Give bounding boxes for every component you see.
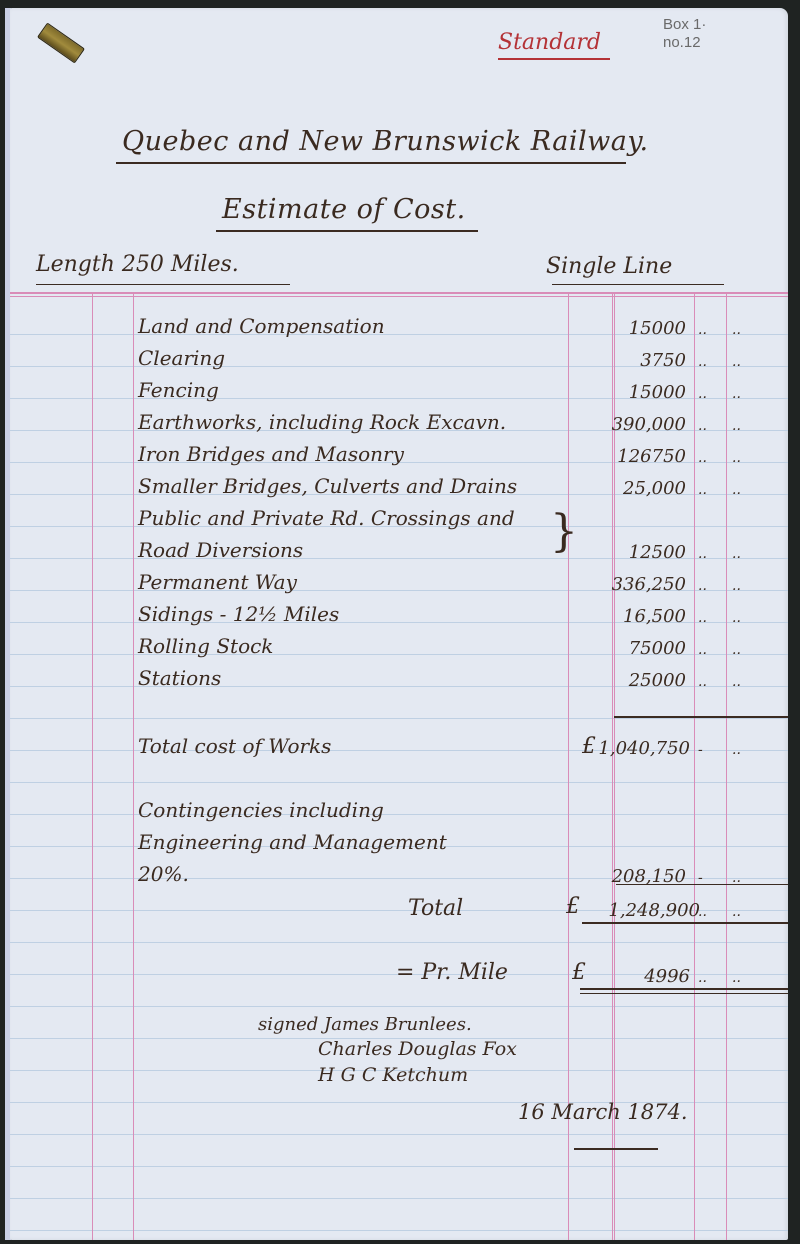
contingency-label: Contingencies including	[138, 798, 384, 822]
item-amount: 15000	[576, 318, 686, 339]
item-label: Smaller Bridges, Culverts and Drains	[138, 474, 517, 498]
column-line	[726, 294, 727, 1240]
item-amount: 336,250	[576, 574, 686, 595]
item-amount: 126750	[576, 446, 686, 467]
item-amount: 12500	[576, 542, 686, 563]
item-label: Road Diversions	[138, 538, 303, 562]
document-title: Quebec and New Brunswick Railway.	[122, 126, 649, 157]
subtotal-rule	[614, 716, 788, 718]
column-line	[92, 294, 93, 1240]
signature-rule	[574, 1148, 658, 1150]
contingency-label: Engineering and Management	[138, 830, 447, 854]
standard-underline	[498, 58, 610, 60]
ledger-sheet: Standard Box 1· no.12 Quebec and New Bru…	[10, 8, 788, 1240]
grand-total-label: Total	[408, 896, 463, 921]
item-label: Public and Private Rd. Crossings and	[138, 506, 515, 530]
column-header-underline	[552, 284, 724, 285]
item-label: Sidings - 12½ Miles	[138, 602, 339, 626]
length-label: Length 250 Miles.	[36, 252, 239, 277]
item-label: Stations	[138, 666, 221, 690]
contingency-label: 20%.	[138, 862, 189, 886]
column-line	[614, 294, 615, 1240]
length-underline	[36, 284, 290, 285]
column-line	[133, 294, 134, 1240]
signature-line: signed James Brunlees.	[258, 1014, 472, 1035]
archive-note: Box 1· no.12	[663, 16, 706, 52]
item-amount: 3750	[576, 350, 686, 371]
standard-label: Standard	[498, 30, 601, 55]
works-total-amount: 1,040,750	[580, 738, 690, 759]
grand-total-rule	[582, 922, 788, 924]
item-label: Permanent Way	[138, 570, 297, 594]
item-amount: 75000	[576, 638, 686, 659]
subtitle-underline	[216, 230, 478, 232]
item-amount: 25,000	[576, 478, 686, 499]
item-label: Clearing	[138, 346, 225, 370]
item-label: Rolling Stock	[138, 634, 273, 658]
currency-symbol: £	[566, 894, 580, 919]
item-label: Land and Compensation	[138, 314, 385, 338]
brass-fastener	[37, 22, 85, 63]
column-line	[612, 294, 613, 1240]
per-mile-rule	[580, 988, 788, 990]
item-amount: 16,500	[576, 606, 686, 627]
column-header: Single Line	[546, 254, 672, 279]
item-label: Fencing	[138, 378, 219, 402]
item-amount: 390,000	[576, 414, 686, 435]
title-underline	[116, 162, 626, 164]
per-mile-label: = Pr. Mile	[396, 960, 508, 985]
item-label: Earthworks, including Rock Excavn.	[138, 410, 506, 434]
item-amount: 25000	[576, 670, 686, 691]
works-total-label: Total cost of Works	[138, 734, 331, 758]
signature-date: 16 March 1874.	[518, 1100, 688, 1124]
per-mile-rule	[580, 993, 788, 994]
signature-line: Charles Douglas Fox	[318, 1038, 517, 1060]
brace-icon: }	[550, 506, 578, 557]
per-mile-amount: 4996	[580, 966, 690, 987]
item-label: Iron Bridges and Masonry	[138, 442, 404, 466]
contingency-rule	[616, 884, 788, 885]
header-rule	[10, 296, 788, 297]
grand-total-amount: 1,248,900	[590, 900, 700, 921]
document-subtitle: Estimate of Cost.	[222, 194, 466, 225]
column-line	[568, 294, 569, 1240]
column-line	[694, 294, 695, 1240]
signature-line: H G C Ketchum	[318, 1064, 468, 1086]
item-amount: 15000	[576, 382, 686, 403]
header-rule	[10, 292, 788, 294]
